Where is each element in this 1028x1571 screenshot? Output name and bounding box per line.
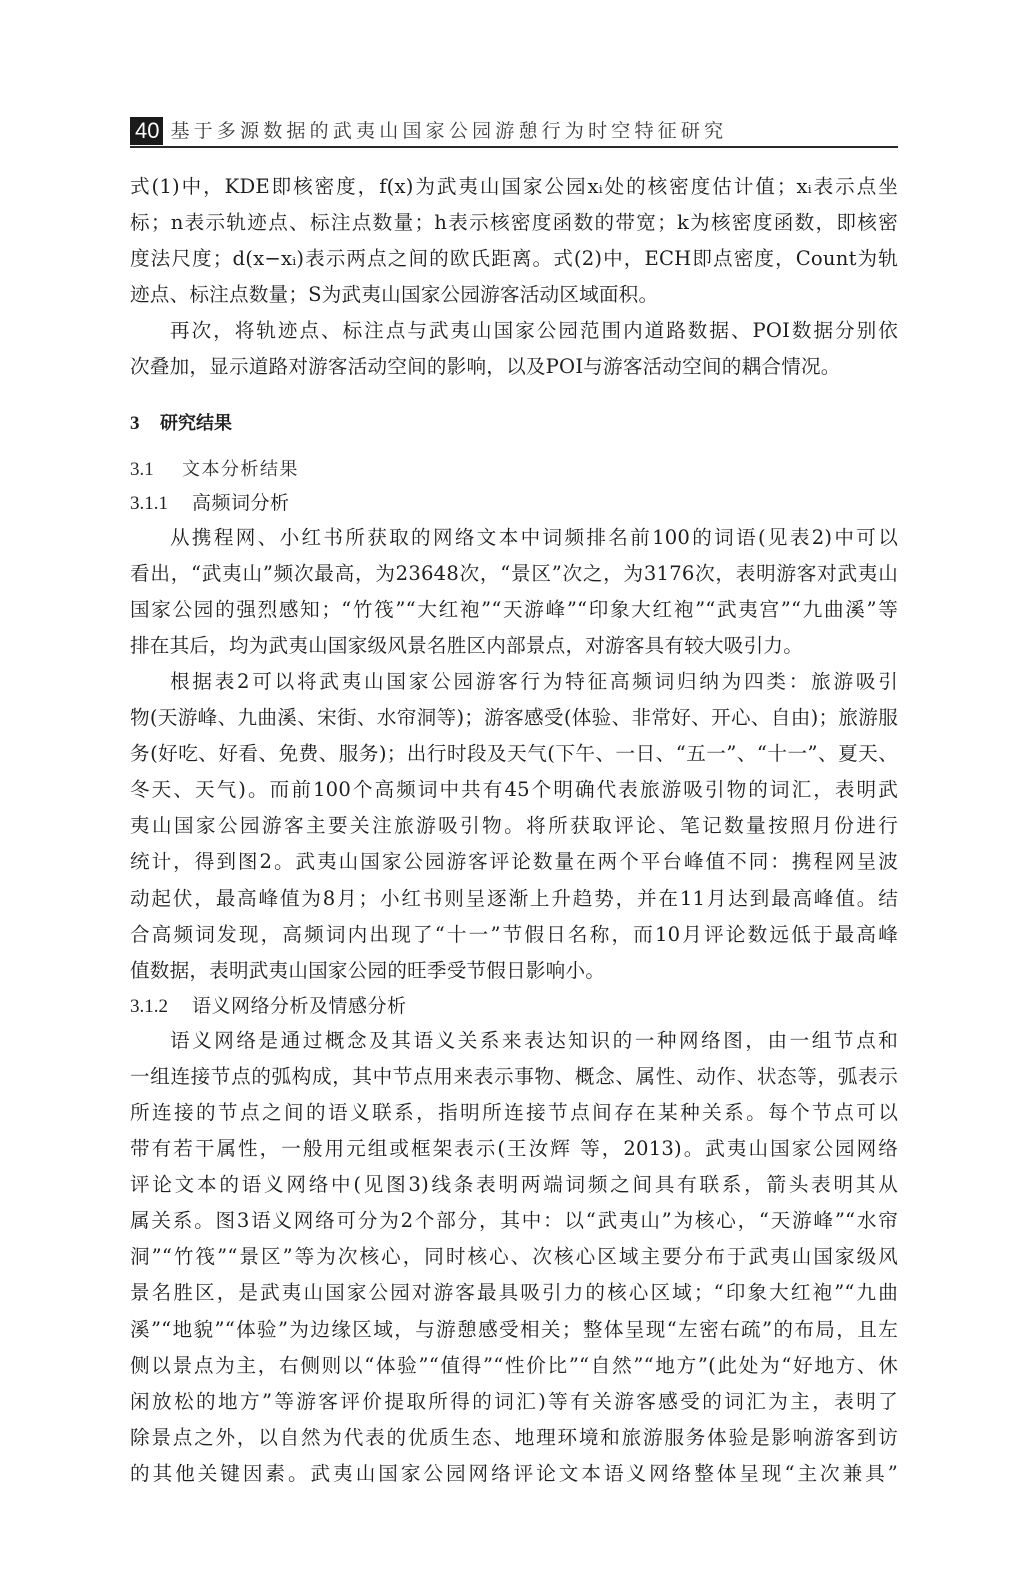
text-line: 根据表2可以将武夷山国家公园游客行为特征高频词归纳为四类：旅游吸引	[130, 664, 898, 700]
text-line: 夷山国家公园游客主要关注旅游吸引物。将所获取评论、笔记数量按照月份进行	[130, 808, 898, 844]
text-line: 合高频词发现，高频词内出现了“十一”节假日名称，而10月评论数远低于最高峰	[130, 917, 898, 953]
text-line: 一组连接节点的弧构成，其中节点用来表示事物、概念、属性、动作、状态等，弧表示	[130, 1059, 898, 1095]
text-line: 统计，得到图2。武夷山国家公园游客评论数量在两个平台峰值不同：携程网呈波	[130, 844, 898, 880]
text-line: 值数据，表明武夷山国家公园的旺季受节假日影响小。	[130, 953, 898, 989]
text-line: 从携程网、小红书所获取的网络文本中词频排名前100的词语(见表2)中可以	[130, 520, 898, 556]
body-text: 式(1)中，KDE即核密度，f(x)为武夷山国家公园xᵢ处的核密度估计值；xᵢ表…	[130, 169, 898, 1492]
text-line: 所连接的节点之间的语义联系，指明所连接节点间存在某种关系。每个节点可以	[130, 1095, 898, 1131]
paragraph-formula-explanation: 式(1)中，KDE即核密度，f(x)为武夷山国家公园xᵢ处的核密度估计值；xᵢ表…	[130, 169, 898, 313]
subsubsection-title: 高频词分析	[192, 492, 290, 514]
section-title: 研究结果	[160, 413, 232, 434]
subsubsection-heading: 3.1.1高频词分析	[130, 486, 898, 520]
section-number: 3	[130, 406, 160, 442]
subsubsection-number: 3.1.2	[130, 990, 192, 1024]
subsubsection-heading: 3.1.2语义网络分析及情感分析	[130, 989, 898, 1023]
paragraph-high-frequency-words: 从携程网、小红书所获取的网络文本中词频排名前100的词语(见表2)中可以 看出，…	[130, 520, 898, 664]
subsection-number: 3.1	[130, 454, 182, 486]
running-title: 基于多源数据的武夷山国家公园游憩行为时空特征研究	[170, 117, 727, 145]
text-line: 洞”“竹筏”“景区”等为次核心，同时核心、次核心区域主要分布于武夷山国家级风	[130, 1239, 898, 1275]
paragraph-semantic-network: 语义网络是通过概念及其语义关系来表达知识的一种网络图，由一组节点和 一组连接节点…	[130, 1023, 898, 1492]
subsection-title: 文本分析结果	[182, 459, 299, 480]
paragraph-overlay-method: 再次，将轨迹点、标注点与武夷山国家公园范围内道路数据、POI数据分别依 次叠加，…	[130, 313, 898, 385]
text-line: 冬天、天气)。而前100个高频词中共有45个明确代表旅游吸引物的词汇，表明武	[130, 772, 898, 808]
section-heading: 3研究结果	[130, 406, 898, 442]
text-line: 的其他关键因素。武夷山国家公园网络评论文本语义网络整体呈现“主次兼具”	[130, 1456, 898, 1492]
paragraph-word-categories: 根据表2可以将武夷山国家公园游客行为特征高频词归纳为四类：旅游吸引 物(天游峰、…	[130, 664, 898, 989]
page-number: 40	[130, 117, 163, 145]
text-line: 侧以景点为主，右侧则以“体验”“值得”“性价比”“自然”“地方”(此处为“好地方…	[130, 1348, 898, 1384]
text-line: 带有若干属性，一般用元组或框架表示(王汝辉 等，2013)。武夷山国家公园网络	[130, 1131, 898, 1167]
text-line: 再次，将轨迹点、标注点与武夷山国家公园范围内道路数据、POI数据分别依	[130, 313, 898, 349]
text-line: 动起伏，最高峰值为8月；小红书则呈逐渐上升趋势，并在11月达到最高峰值。结	[130, 881, 898, 917]
text-line: 度法尺度；d(x−xᵢ)表示两点之间的欧氏距离。式(2)中，ECH即点密度，Co…	[130, 241, 898, 277]
text-line: 溪”“地貌”“体验”为边缘区域，与游憩感受相关；整体呈现“左密右疏”的布局，且左	[130, 1312, 898, 1348]
running-header: 40 基于多源数据的武夷山国家公园游憩行为时空特征研究	[130, 117, 898, 145]
text-line: 物(天游峰、九曲溪、宋街、水帘洞等)；游客感受(体验、非常好、开心、自由)；旅游…	[130, 700, 898, 736]
text-line: 次叠加，显示道路对游客活动空间的影响，以及POI与游客活动空间的耦合情况。	[130, 349, 898, 385]
subsection-heading: 3.1文本分析结果	[130, 454, 898, 486]
text-line: 标；n表示轨迹点、标注点数量；h表示核密度函数的带宽；k为核密度函数，即核密	[130, 205, 898, 241]
text-line: 国家公园的强烈感知；“竹筏”“大红袍”“天游峰”“印象大红袍”“武夷宫”“九曲溪…	[130, 592, 898, 628]
text-line: 式(1)中，KDE即核密度，f(x)为武夷山国家公园xᵢ处的核密度估计值；xᵢ表…	[130, 169, 898, 205]
text-line: 闲放松的地方”等游客评价提取所得的词汇)等有关游客感受的词汇为主，表明了	[130, 1384, 898, 1420]
text-line: 排在其后，均为武夷山国家级风景名胜区内部景点，对游客具有较大吸引力。	[130, 628, 898, 664]
text-line: 语义网络是通过概念及其语义关系来表达知识的一种网络图，由一组节点和	[130, 1023, 898, 1059]
text-line: 景名胜区，是武夷山国家公园对游客最具吸引力的核心区域；“印象大红袍”“九曲	[130, 1275, 898, 1311]
subsubsection-title: 语义网络分析及情感分析	[192, 995, 407, 1017]
subsubsection-number: 3.1.1	[130, 487, 192, 521]
text-line: 评论文本的语义网络中(见图3)线条表明两端词频之间具有联系，箭头表明其从	[130, 1167, 898, 1203]
text-line: 除景点之外，以自然为代表的优质生态、地理环境和旅游服务体验是影响游客到访	[130, 1420, 898, 1456]
text-line: 务(好吃、好看、免费、服务)；出行时段及天气(下午、一日、“五一”、“十一”、夏…	[130, 736, 898, 772]
text-line: 属关系。图3语义网络可分为2个部分，其中：以“武夷山”为核心，“天游峰”“水帘	[130, 1203, 898, 1239]
text-line: 看出，“武夷山”频次最高，为23648次，“景区”次之，为3176次，表明游客对…	[130, 556, 898, 592]
text-line: 迹点、标注点数量；S为武夷山国家公园游客活动区域面积。	[130, 277, 898, 313]
header-rule	[130, 146, 898, 148]
